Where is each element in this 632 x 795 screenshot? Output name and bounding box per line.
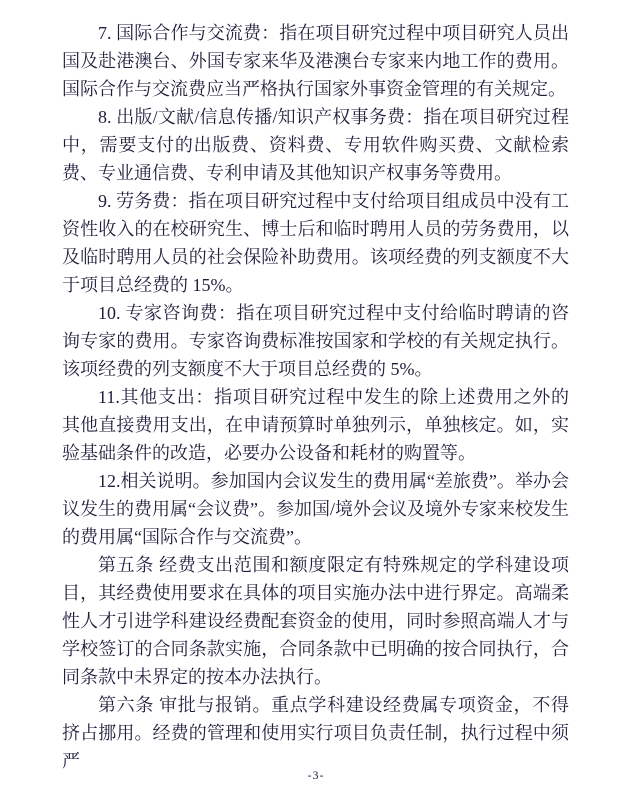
paragraph: 第五条 经费支出范围和额度限定有特殊规定的学科建设项目，其经费使用要求在具体的项… — [62, 551, 569, 691]
paragraph: 8. 出版/文献/信息传播/知识产权事务费：指在项目研究过程中，需要支付的出版费… — [62, 103, 569, 187]
paragraph: 12.相关说明。参加国内会议发生的费用属“差旅费”。举办会议发生的费用属“会议费… — [62, 467, 569, 551]
paragraph: 第六条 审批与报销。重点学科建设经费属专项资金，不得挤占挪用。经费的管理和使用实… — [62, 691, 569, 775]
paragraph: 10. 专家咨询费：指在项目研究过程中支付给临时聘请的咨询专家的费用。专家咨询费… — [62, 299, 569, 383]
document-body: 7. 国际合作与交流费：指在项目研究过程中项目研究人员出国及赴港澳台、外国专家来… — [62, 19, 569, 775]
document-page: 7. 国际合作与交流费：指在项目研究过程中项目研究人员出国及赴港澳台、外国专家来… — [0, 0, 632, 795]
paragraph: 9. 劳务费：指在项目研究过程中支付给项目组成员中没有工资性收入的在校研究生、博… — [62, 187, 569, 299]
paragraph: 7. 国际合作与交流费：指在项目研究过程中项目研究人员出国及赴港澳台、外国专家来… — [62, 19, 569, 103]
page-number: -3- — [0, 766, 632, 784]
paragraph: 11.其他支出：指项目研究过程中发生的除上述费用之外的其他直接费用支出，在申请预… — [62, 383, 569, 467]
